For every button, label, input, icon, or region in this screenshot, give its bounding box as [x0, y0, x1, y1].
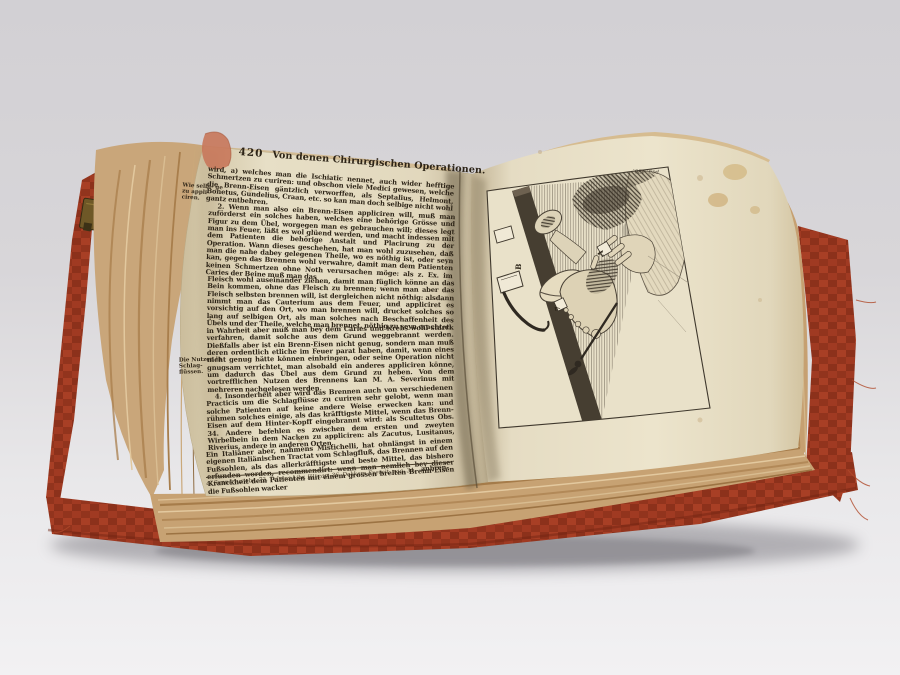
wax-stain	[202, 132, 231, 170]
book-photo: A B 7 pag. 420. 420 Von denen Chirurgisc…	[0, 0, 900, 675]
body-text: wird, a) welches man die Ischiatic nenne…	[207, 166, 454, 496]
plate-label-B: B	[514, 263, 524, 270]
paragraph-4: in Wahrheit aber muß man bey dem Caries …	[207, 324, 455, 394]
page-number: 420	[238, 146, 264, 160]
